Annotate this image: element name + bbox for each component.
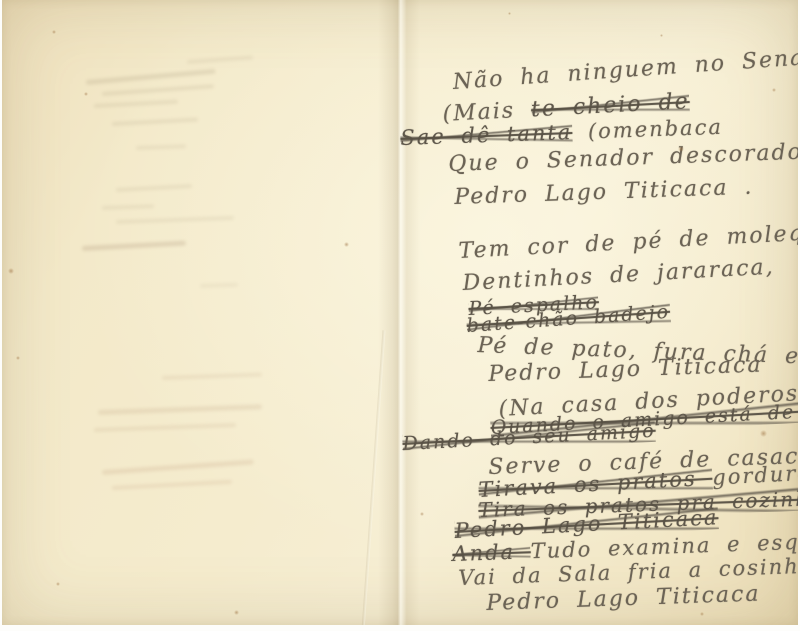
handwritten-text: Pedro Lago Titicaca .: [454, 175, 754, 210]
foxing-spot: [760, 430, 767, 437]
handwritten-text: Não ha ninguem no Senado,: [452, 43, 800, 95]
right-page: Não ha ninguem no Senado,(Mais te cheio …: [398, 0, 798, 625]
foxing-spot: [56, 582, 60, 586]
ghost-stroke: [102, 204, 154, 210]
ghost-stroke: [136, 144, 186, 150]
scan-edge-bottom: [0, 625, 800, 631]
scan-edge-left: [0, 0, 2, 631]
poem-line: Pedro Lago Titicaca .: [454, 175, 754, 210]
ghost-stroke: [187, 55, 253, 64]
foxing-spot: [508, 12, 511, 15]
poem-line: Não ha ninguem no Senado,: [452, 43, 800, 95]
foxing-spot: [8, 268, 14, 274]
ghost-stroke: [112, 118, 198, 126]
struck-out-text: Sae dê tanta: [400, 120, 573, 150]
foxing-spot: [700, 612, 704, 616]
foxing-spot: [52, 30, 56, 34]
left-page: [2, 0, 398, 625]
ghost-stroke: [116, 216, 234, 224]
foxing-spot: [772, 88, 776, 92]
scanned-manuscript: Não ha ninguem no Senado,(Mais te cheio …: [0, 0, 800, 631]
ghost-stroke: [82, 241, 186, 251]
foxing-spot: [344, 242, 349, 247]
struck-out-text: Anda: [452, 539, 531, 566]
ghost-stroke: [112, 480, 232, 490]
ghost-stroke: [94, 423, 236, 432]
foxing-spot: [16, 356, 20, 360]
handwritten-text: (omenbaca: [572, 115, 723, 144]
ghost-stroke: [162, 373, 262, 380]
ghost-stroke: [94, 100, 178, 108]
ghost-stroke: [102, 459, 254, 475]
foxing-spot: [678, 146, 684, 152]
foxing-spot: [84, 92, 88, 96]
ghost-stroke: [116, 184, 192, 192]
foxing-spot: [234, 610, 239, 615]
ghost-stroke: [86, 69, 216, 85]
ghost-stroke: [98, 404, 262, 415]
foxing-spot: [420, 512, 424, 516]
foxing-spot: [660, 34, 663, 37]
ghost-stroke: [200, 283, 238, 288]
ghost-stroke: [102, 84, 214, 96]
